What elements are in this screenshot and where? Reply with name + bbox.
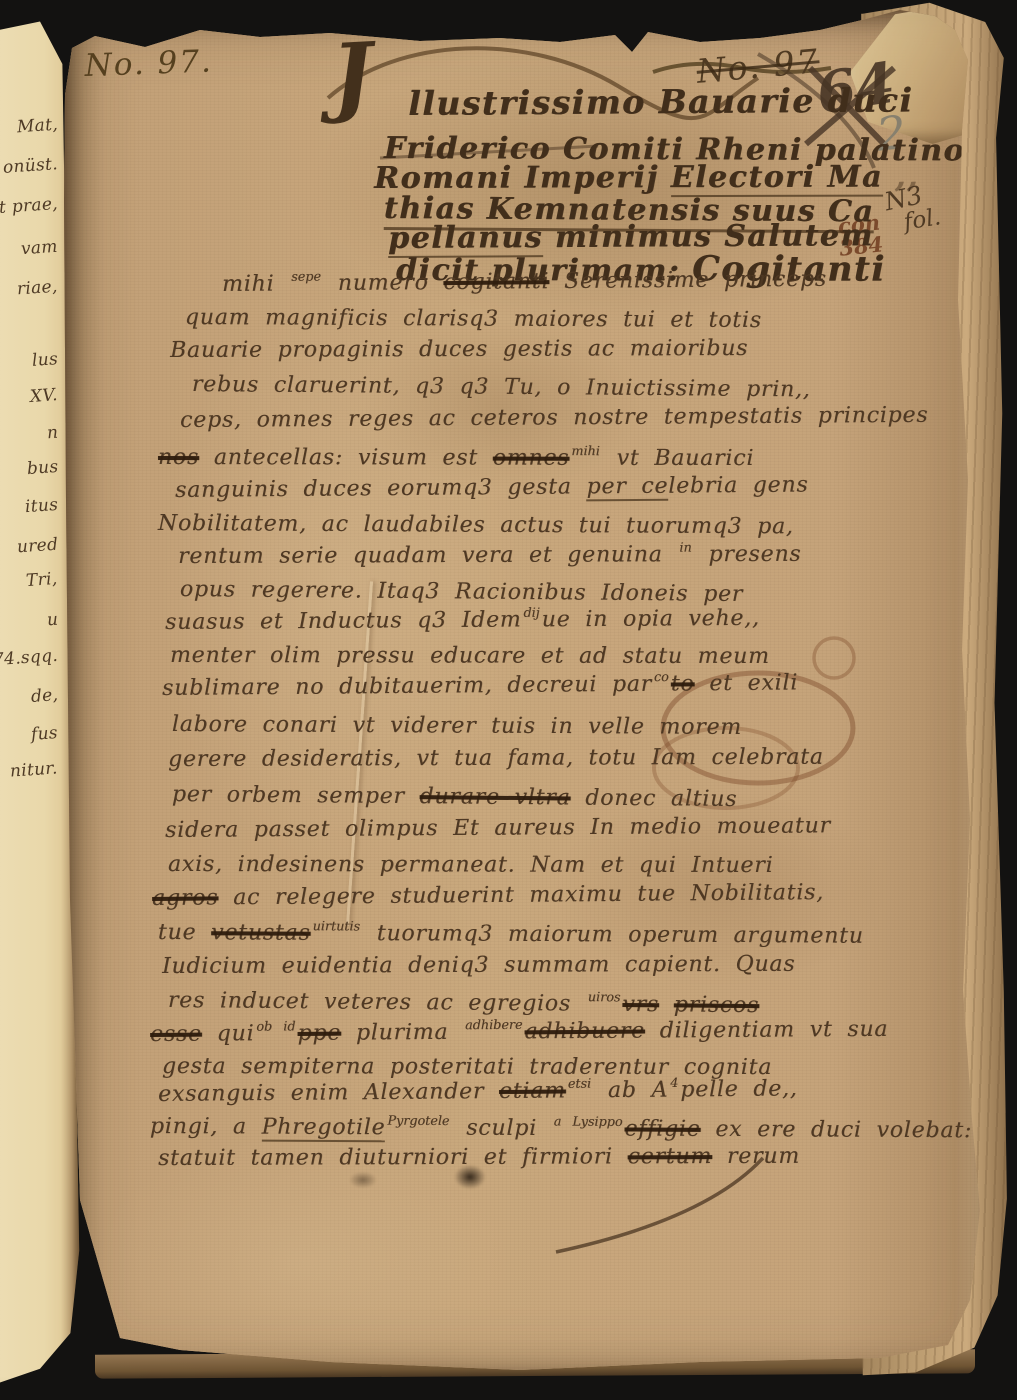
facing-page-text-fragment: bus bbox=[26, 457, 59, 479]
interlinear-addition: in bbox=[679, 541, 691, 556]
manuscript-page: No. 97. J No. 97 64 2 N3 con 384 fol. ll… bbox=[58, 6, 1003, 1386]
text-segment: ac relegere studuerint maximu tue Nobili… bbox=[218, 880, 824, 910]
interlinear-addition: uirtutis bbox=[313, 919, 361, 934]
text-segment: ,, bbox=[883, 159, 919, 194]
struck-word: nos bbox=[158, 445, 199, 470]
ink-smudge bbox=[343, 1168, 383, 1192]
text-segment: numero bbox=[323, 270, 444, 296]
struck-word: agros bbox=[152, 885, 218, 911]
manuscript-line: labore conari vt viderer tuis in velle m… bbox=[172, 712, 742, 740]
text-segment: llustrissimo Bauarie duci bbox=[408, 80, 913, 123]
text-segment: exsanguis enim Alexander bbox=[158, 1079, 499, 1107]
manuscript-line: rentum serie quadam vera et genuina in p… bbox=[178, 542, 802, 569]
struck-word: adhibuere bbox=[524, 1019, 645, 1045]
manuscript-line: sidera passet olimpus Et aureus In medio… bbox=[165, 813, 831, 843]
manuscript-line: menter olim pressu educare et ad statu m… bbox=[170, 643, 770, 669]
facing-page-text-fragment: n bbox=[46, 423, 59, 444]
text-segment: rentum serie quadam vera et genuina bbox=[178, 542, 677, 569]
facing-page-text-fragment: 74.sqq. bbox=[0, 646, 59, 670]
margin-note-fol: fol. bbox=[902, 204, 943, 235]
interlinear-addition: ob id bbox=[256, 1019, 295, 1034]
text-segment: sculpi bbox=[451, 1116, 551, 1142]
text-segment: ex ere duci volebat: bbox=[701, 1117, 973, 1143]
facing-page-text-fragment: itus bbox=[24, 495, 58, 517]
manuscript-line: sanguinis duces eorumq3 gesta per celebr… bbox=[175, 472, 809, 503]
text-segment: pelle de,, bbox=[680, 1076, 797, 1102]
manuscript-line: opus regerere. Itaq3 Racionibus Idoneis … bbox=[180, 577, 743, 607]
text-segment: opus regerere. Itaq3 Racionibus Idoneis … bbox=[180, 577, 743, 607]
facing-page-text-fragment: XV. bbox=[30, 385, 59, 407]
struck-word: certum bbox=[628, 1144, 713, 1169]
text-segment: rebus claruerint, q3 q3 Tu, o Inuictissi… bbox=[192, 372, 811, 402]
interlinear-addition: dij bbox=[523, 606, 539, 621]
archival-number-left: No. 97. bbox=[84, 44, 213, 84]
ink-smudge bbox=[448, 1160, 492, 1194]
text-segment: Serenissime princeps bbox=[549, 267, 827, 294]
manuscript-line: gesta sempiterna posteritati traderentur… bbox=[162, 1054, 772, 1080]
text-segment: sublimare no dubitauerim, decreui par bbox=[162, 672, 652, 701]
manuscript-line: tue vetustasuirtutis tuorumq3 maiorum op… bbox=[158, 920, 864, 949]
facing-page-text-fragment: de, bbox=[30, 685, 59, 707]
facing-page-text-fragment: onüst. bbox=[2, 154, 58, 178]
photograph-stage: Mat,onüst.t prae,vamriae,lusXV.nbusitusu… bbox=[0, 0, 1017, 1400]
text-segment: diligentiam vt sua bbox=[645, 1017, 889, 1044]
interlinear-addition: mihi bbox=[571, 444, 599, 459]
text-segment: sanguinis duces eorumq3 gesta bbox=[175, 474, 587, 503]
manuscript-line: pingi, a PhregotilePyrgotele sculpi a Ly… bbox=[150, 1114, 972, 1143]
text-segment: suasus et Inductus q3 Idem bbox=[165, 608, 522, 635]
manuscript-line: per orbem semper durare vltra donec alti… bbox=[172, 782, 738, 812]
manuscript-line: Bauarie propaginis duces gestis ac maior… bbox=[170, 336, 748, 363]
manuscript-line: rebus claruerint, q3 q3 Tu, o Inuictissi… bbox=[192, 372, 811, 402]
facing-page-text-fragment: Mat, bbox=[16, 115, 58, 138]
struck-word: to bbox=[671, 671, 695, 696]
manuscript-line: esse quiob idppe plurima adhibereadhibue… bbox=[150, 1017, 888, 1047]
text-segment: menter olim pressu educare et ad statu m… bbox=[170, 643, 770, 669]
facing-page-text-fragment: Tri, bbox=[26, 569, 59, 591]
text-segment: gerere desideratis, vt tua fama, totu Ia… bbox=[168, 745, 824, 772]
text-segment: mihi bbox=[222, 271, 289, 297]
manuscript-line: agros ac relegere studuerint maximu tue … bbox=[152, 880, 824, 911]
interlinear-addition: uiros bbox=[588, 990, 621, 1005]
manuscript-line: res inducet veteres ac egregios uirosvrs… bbox=[168, 988, 760, 1018]
struck-word: durare vltra bbox=[419, 784, 570, 810]
struck-word: omnes bbox=[493, 446, 570, 471]
interlinear-addition: 4 bbox=[670, 1076, 678, 1091]
text-segment: qui bbox=[202, 1021, 255, 1046]
text-segment: sidera passet olimpus Et aureus In medio… bbox=[165, 813, 831, 843]
text-segment: ceps, omnes reges ac ceteros nostre temp… bbox=[180, 403, 929, 433]
facing-page-text-fragment: fus bbox=[30, 723, 58, 745]
struck-word: vetustas bbox=[211, 920, 311, 946]
text-segment: plurima bbox=[341, 1020, 463, 1046]
manuscript-line: quam magnificis clarisq3 maiores tui et … bbox=[185, 305, 762, 333]
text-segment: Electori Ma bbox=[671, 160, 883, 198]
struck-word: ppe bbox=[297, 1021, 341, 1046]
manuscript-line: Nobilitatem, ac laudabiles actus tui tuo… bbox=[158, 511, 794, 539]
interlinear-addition: etsi bbox=[568, 1077, 591, 1092]
text-segment: ab A bbox=[593, 1078, 668, 1104]
interlinear-addition: co bbox=[654, 670, 669, 685]
manuscript-line: Iudicium euidentia deniq3 summam capient… bbox=[162, 952, 795, 979]
text-segment: per orbem semper bbox=[172, 782, 420, 809]
facing-page-text-fragment: riae, bbox=[17, 277, 59, 300]
struck-word: vrs bbox=[622, 992, 659, 1017]
manuscript-line: nos antecellas: visum est omnesmihi vt B… bbox=[158, 445, 754, 471]
facing-page-text-fragment: t prae, bbox=[0, 194, 59, 218]
struck-word: effigie bbox=[624, 1116, 700, 1141]
interlinear-addition: adhibere bbox=[465, 1018, 523, 1033]
text-segment: labore conari vt viderer tuis in velle m… bbox=[172, 712, 742, 740]
struck-word: priscos bbox=[674, 992, 760, 1018]
initial-letter-J: J bbox=[330, 36, 375, 115]
manuscript-line: mihi sepe numero cogitanti Serenissime p… bbox=[222, 267, 827, 297]
interlinear-addition: sepe bbox=[291, 270, 321, 285]
text-segment: ue in opia vehe,, bbox=[542, 606, 760, 633]
text-segment: tuorumq3 maiorum operum argumentu bbox=[362, 921, 864, 949]
facing-page-text-fragment: ured bbox=[16, 535, 59, 558]
facing-page-text-fragment: vam bbox=[21, 237, 59, 260]
text-segment: tue bbox=[158, 920, 211, 945]
text-segment: rerum bbox=[712, 1144, 800, 1169]
text-segment: donec altius bbox=[570, 785, 737, 811]
text-segment: et exili bbox=[694, 670, 798, 696]
text-segment: quam magnificis clarisq3 maiores tui et … bbox=[185, 305, 762, 333]
text-segment: Nobilitatem, ac laudabiles actus tui tuo… bbox=[158, 511, 794, 539]
struck-word: esse bbox=[150, 1022, 202, 1047]
manuscript-line: ceps, omnes reges ac ceteros nostre temp… bbox=[180, 403, 929, 433]
text-segment: presens bbox=[694, 542, 802, 567]
text-segment: lebria gens bbox=[668, 472, 808, 498]
facing-page-text-fragment: lus bbox=[31, 349, 58, 371]
heading-line: llustrissimo Bauarie duci bbox=[408, 80, 913, 123]
text-segment: Iudicium euidentia deniq3 summam capient… bbox=[162, 952, 795, 979]
text-segment: vt Bauarici bbox=[602, 446, 754, 471]
facing-page-text-fragment: u bbox=[46, 610, 59, 631]
facing-page-text-fragment: nitur. bbox=[10, 758, 59, 781]
text-segment: Bauarie propaginis duces gestis ac maior… bbox=[170, 336, 748, 363]
interlinear-addition: Pyrgotele bbox=[387, 1114, 449, 1129]
text-segment: pingi, a bbox=[150, 1114, 262, 1140]
manuscript-line: suasus et Inductus q3 Idemdijue in opia … bbox=[165, 606, 760, 635]
text-segment: per ce bbox=[586, 474, 668, 502]
interlinear-addition: a Lysippo bbox=[554, 1115, 623, 1130]
text-segment: gesta sempiterna posteritati traderentur… bbox=[162, 1054, 772, 1080]
text-segment: res inducet veteres ac egregios bbox=[168, 988, 586, 1017]
text-segment: Phregotile bbox=[262, 1115, 386, 1143]
manuscript-line: axis, indesinens permaneat. Nam et qui I… bbox=[168, 852, 773, 878]
text-segment: statuit tamen diuturniori et firmiori bbox=[158, 1144, 628, 1171]
manuscript-line: sublimare no dubitauerim, decreui parcot… bbox=[162, 670, 798, 701]
struck-word: etiam bbox=[499, 1078, 566, 1104]
manuscript-line: exsanguis enim Alexander etiametsi ab A4… bbox=[158, 1076, 798, 1107]
text-segment: antecellas: visum est bbox=[199, 445, 493, 471]
text-segment bbox=[659, 992, 674, 1017]
struck-word: cogitanti bbox=[443, 269, 549, 295]
text-segment: axis, indesinens permaneat. Nam et qui I… bbox=[168, 852, 773, 878]
manuscript-line: gerere desideratis, vt tua fama, totu Ia… bbox=[168, 745, 824, 772]
